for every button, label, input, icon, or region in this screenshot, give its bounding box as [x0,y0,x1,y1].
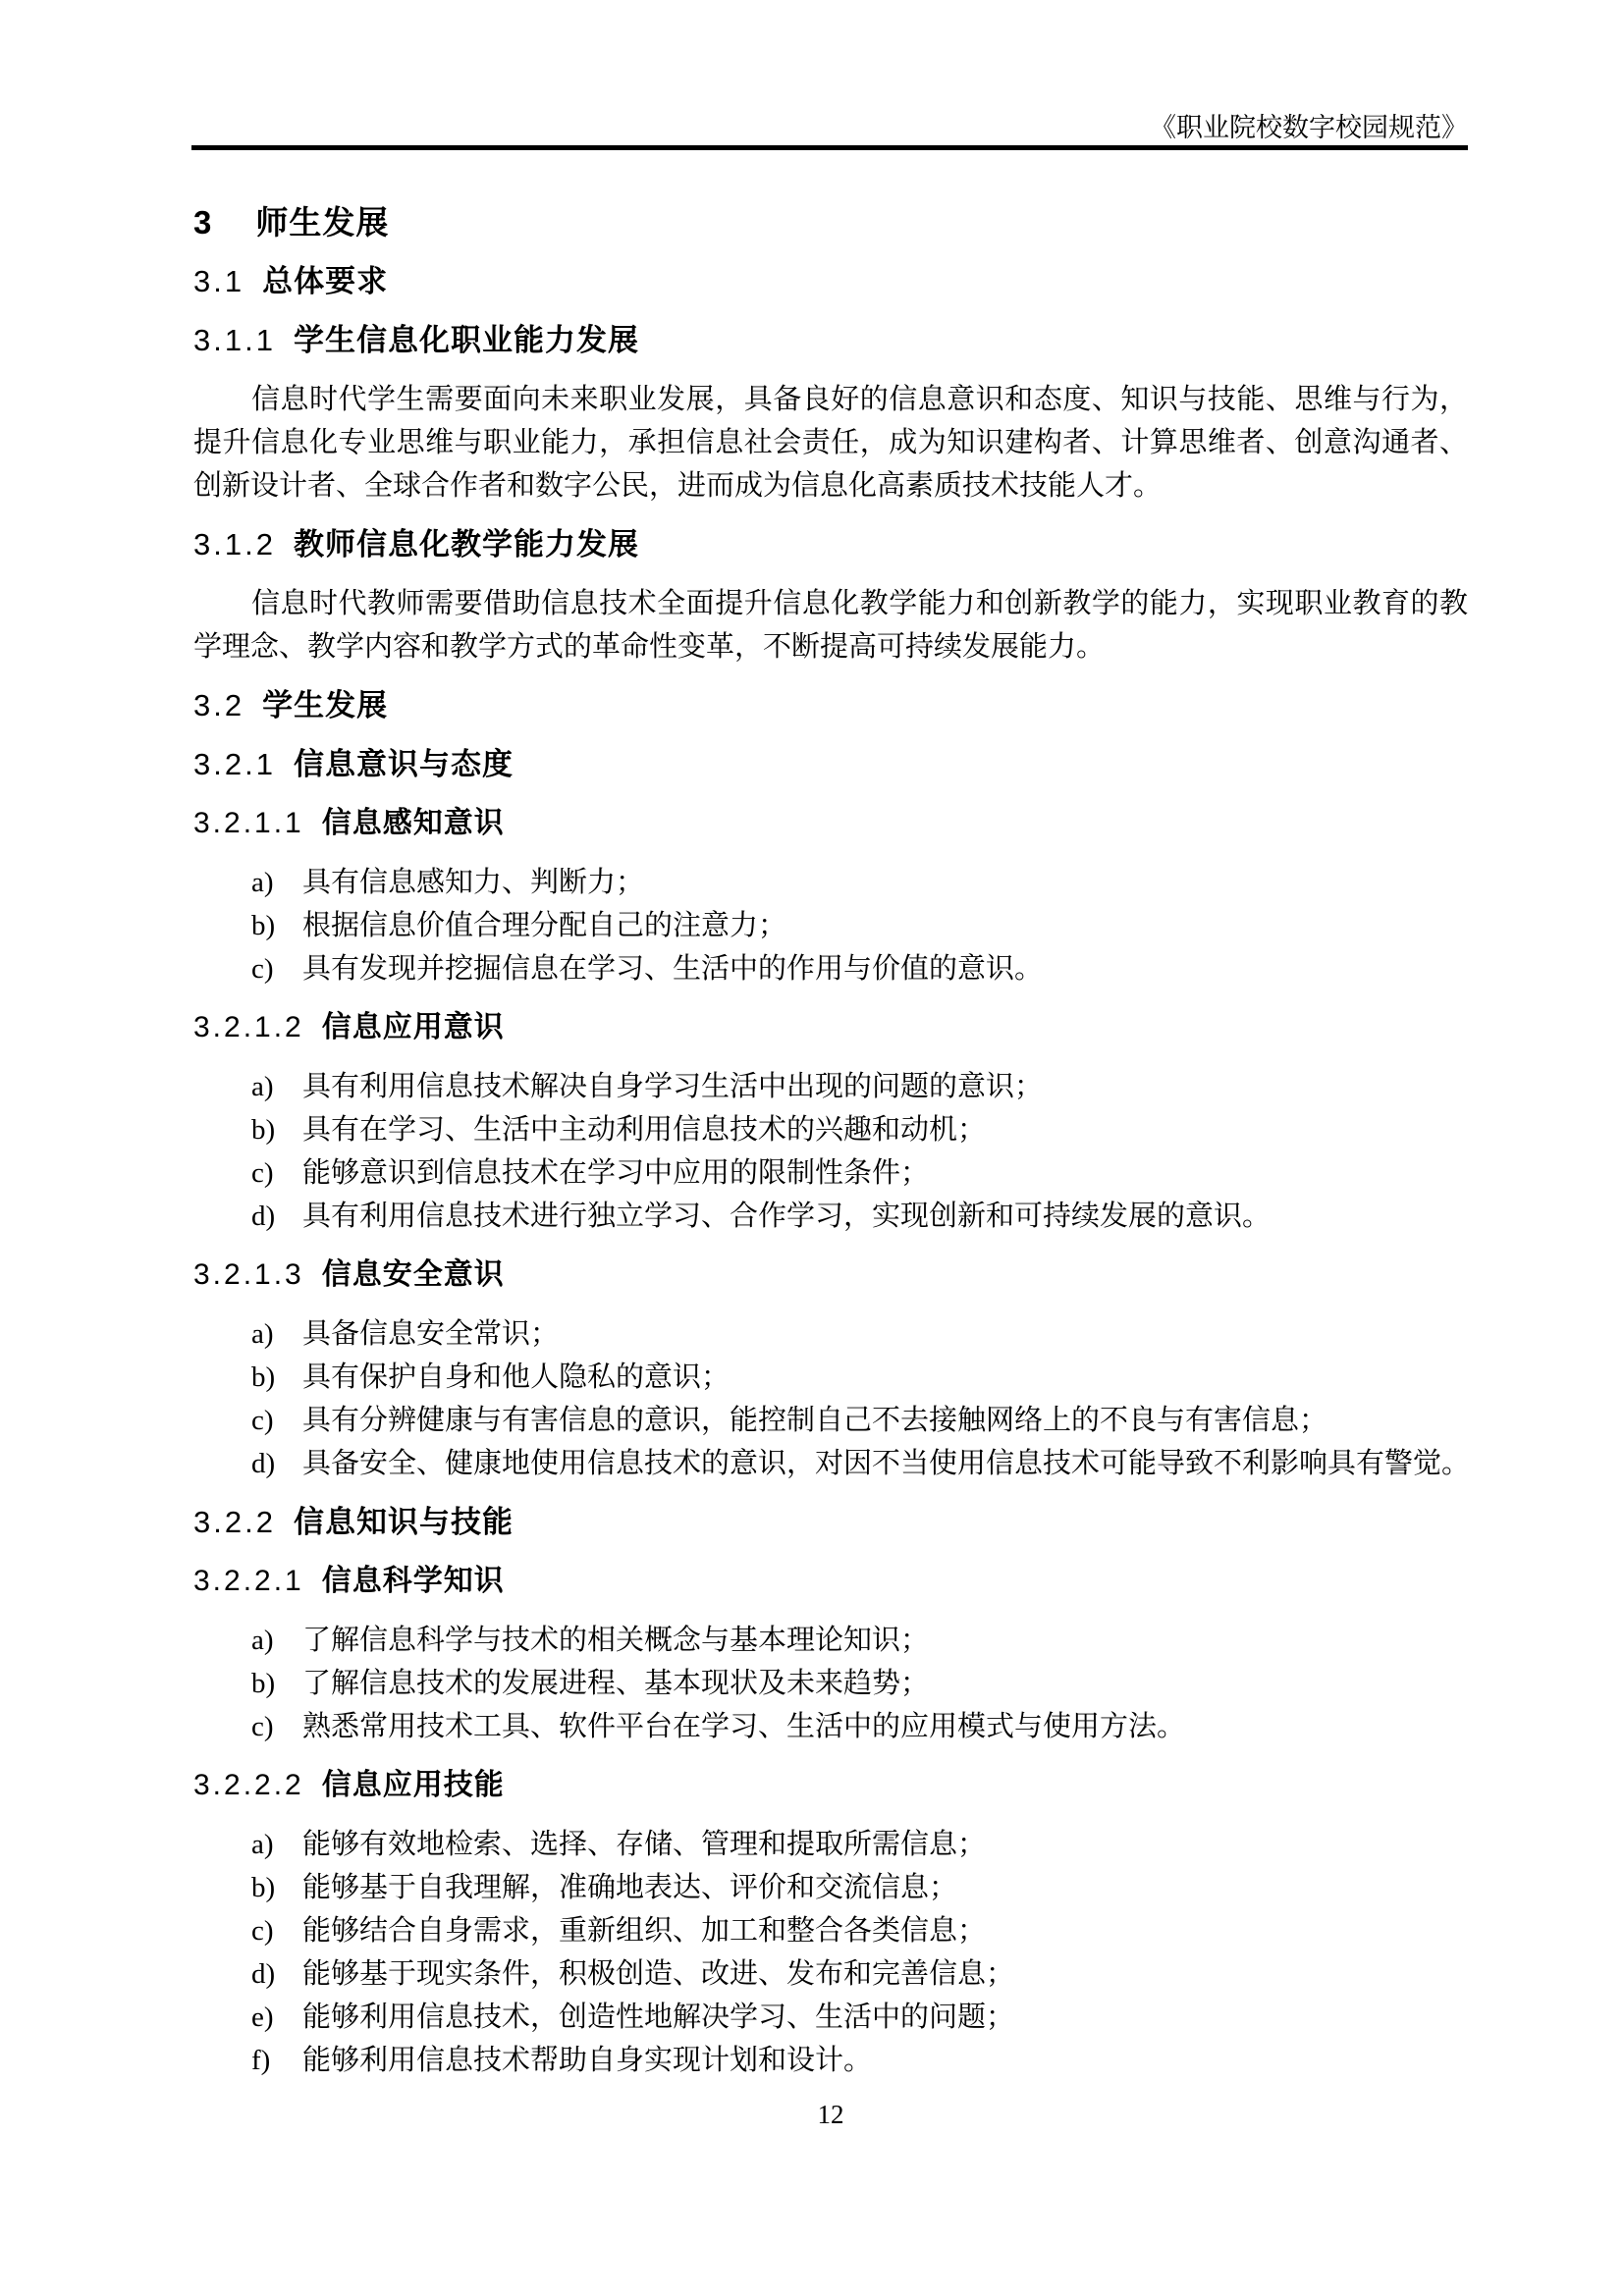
list-item: e)能够利用信息技术，创造性地解决学习、生活中的问题； [193,1996,1468,2039]
list-text: 具有分辨健康与有害信息的意识，能控制自己不去接触网络上的不良与有害信息； [302,1405,1327,1436]
section-heading-3: 3师生发展 [193,201,1468,244]
heading-title: 信息感知意识 [322,807,505,839]
page-number: 12 [193,2099,1468,2130]
list-text: 了解信息技术的发展进程、基本现状及未来趋势； [302,1668,929,1699]
list-item: b)能够基于自我理解，准确地表达、评价和交流信息； [193,1866,1468,1909]
heading-title: 学生发展 [262,688,388,722]
section-heading-3-2-1-3: 3.2.1.3信息安全意识 [193,1254,1468,1297]
section-heading-3-1: 3.1总体要求 [193,260,1468,303]
list-item: b)具有在学习、生活中主动利用信息技术的兴趣和动机； [193,1108,1468,1151]
list-marker: c) [251,947,302,990]
list-marker: e) [251,1996,302,2039]
list-marker: d) [251,1442,302,1485]
list-text: 具备安全、健康地使用信息技术的意识，对因不当使用信息技术可能导致不利影响具有警觉… [302,1448,1470,1479]
heading-title: 信息应用技能 [322,1769,505,1801]
list-item: f)能够利用信息技术帮助自身实现计划和设计。 [193,2039,1468,2082]
list-marker: c) [251,1909,302,1952]
list-marker: c) [251,1399,302,1442]
list-text: 熟悉常用技术工具、软件平台在学习、生活中的应用模式与使用方法。 [302,1711,1185,1742]
list-item: a)具有利用信息技术解决自身学习生活中出现的问题的意识； [193,1065,1468,1108]
list-marker: f) [251,2039,302,2082]
paragraph-3-1-1: 信息时代学生需要面向未来职业发展，具备良好的信息意识和态度、知识与技能、思维与行… [193,378,1468,507]
list-marker: b) [251,1662,302,1705]
list-item: a)能够有效地检索、选择、存储、管理和提取所需信息； [193,1823,1468,1866]
heading-title: 信息意识与态度 [294,747,514,781]
section-heading-3-2-2: 3.2.2信息知识与技能 [193,1501,1468,1544]
list-text: 具有发现并挖掘信息在学习、生活中的作用与价值的意识。 [302,953,1043,985]
heading-number: 3.2.1.3 [193,1258,304,1291]
heading-number: 3.2.2.2 [193,1769,304,1801]
section-heading-3-2-1: 3.2.1信息意识与态度 [193,743,1468,786]
heading-number: 3.1 [193,264,244,298]
list-item: b)了解信息技术的发展进程、基本现状及未来趋势； [193,1662,1468,1705]
heading-number: 3.2.2.1 [193,1565,304,1597]
list-item: a)具有信息感知力、判断力； [193,861,1468,904]
heading-title: 总体要求 [262,264,388,298]
section-heading-3-2-1-1: 3.2.1.1信息感知意识 [193,802,1468,845]
list-item: d)能够基于现实条件，积极创造、改进、发布和完善信息； [193,1952,1468,1996]
heading-title: 学生信息化职业能力发展 [294,323,639,357]
list-marker: c) [251,1151,302,1195]
list-text: 能够基于自我理解，准确地表达、评价和交流信息； [302,1872,957,1903]
list-marker: b) [251,1356,302,1399]
list-marker: a) [251,1823,302,1866]
heading-title: 信息应用意识 [322,1011,505,1043]
paragraph-3-1-2: 信息时代教师需要借助信息技术全面提升信息化教学能力和创新教学的能力，实现职业教育… [193,582,1468,668]
list-item: c)能够结合自身需求，重新组织、加工和整合各类信息； [193,1909,1468,1952]
list-text: 能够利用信息技术帮助自身实现计划和设计。 [302,2045,872,2076]
list-text: 具有在学习、生活中主动利用信息技术的兴趣和动机； [302,1114,986,1146]
section-heading-3-2-2-1: 3.2.2.1信息科学知识 [193,1560,1468,1603]
list-item: a)了解信息科学与技术的相关概念与基本理论知识； [193,1619,1468,1662]
heading-title: 信息知识与技能 [294,1505,514,1539]
list-text: 能够利用信息技术，创造性地解决学习、生活中的问题； [302,2002,1014,2033]
list-item: d)具备安全、健康地使用信息技术的意识，对因不当使用信息技术可能导致不利影响具有… [193,1442,1468,1485]
section-heading-3-1-2: 3.1.2教师信息化教学能力发展 [193,523,1468,566]
list-text: 了解信息科学与技术的相关概念与基本理论知识； [302,1625,929,1656]
list-marker: a) [251,861,302,904]
list-text: 能够意识到信息技术在学习中应用的限制性条件； [302,1157,929,1189]
heading-number: 3.2.2 [193,1505,276,1539]
list-item: a)具备信息安全常识； [193,1312,1468,1356]
list-item: b)具有保护自身和他人隐私的意识； [193,1356,1468,1399]
list-marker: c) [251,1705,302,1748]
heading-number: 3.1.2 [193,527,276,561]
list-marker: d) [251,1195,302,1238]
page-header-title: 《职业院校数字校园规范》 [193,112,1468,143]
lettered-list-3-2-2-2: a)能够有效地检索、选择、存储、管理和提取所需信息； b)能够基于自我理解，准确… [193,1823,1468,2082]
document-page: 《职业院校数字校园规范》 3师生发展 3.1总体要求 3.1.1学生信息化职业能… [0,0,1624,2296]
section-heading-3-2-2-2: 3.2.2.2信息应用技能 [193,1764,1468,1807]
list-marker: d) [251,1952,302,1996]
heading-number: 3.2.1 [193,747,276,781]
list-marker: b) [251,904,302,947]
list-text: 根据信息价值合理分配自己的注意力； [302,910,786,941]
list-item: c)具有分辨健康与有害信息的意识，能控制自己不去接触网络上的不良与有害信息； [193,1399,1468,1442]
list-marker: a) [251,1065,302,1108]
list-text: 能够有效地检索、选择、存储、管理和提取所需信息； [302,1829,986,1860]
heading-title: 师生发展 [255,204,389,240]
section-heading-3-2-1-2: 3.2.1.2信息应用意识 [193,1006,1468,1049]
list-item: c)具有发现并挖掘信息在学习、生活中的作用与价值的意识。 [193,947,1468,990]
list-marker: a) [251,1312,302,1356]
list-text: 能够基于现实条件，积极创造、改进、发布和完善信息； [302,1958,1014,1990]
section-heading-3-2: 3.2学生发展 [193,684,1468,727]
list-marker: b) [251,1866,302,1909]
list-marker: a) [251,1619,302,1662]
section-heading-3-1-1: 3.1.1学生信息化职业能力发展 [193,319,1468,362]
lettered-list-3-2-1-2: a)具有利用信息技术解决自身学习生活中出现的问题的意识； b)具有在学习、生活中… [193,1065,1468,1238]
list-item: d)具有利用信息技术进行独立学习、合作学习，实现创新和可持续发展的意识。 [193,1195,1468,1238]
list-text: 具有保护自身和他人隐私的意识； [302,1362,730,1393]
heading-number: 3.2 [193,688,244,722]
list-marker: b) [251,1108,302,1151]
list-text: 具备信息安全常识； [302,1318,559,1350]
list-item: b)根据信息价值合理分配自己的注意力； [193,904,1468,947]
heading-number: 3.2.1.2 [193,1011,304,1043]
heading-title: 信息科学知识 [322,1565,505,1597]
heading-title: 信息安全意识 [322,1258,505,1291]
lettered-list-3-2-1-3: a)具备信息安全常识； b)具有保护自身和他人隐私的意识； c)具有分辨健康与有… [193,1312,1468,1485]
heading-number: 3.2.1.1 [193,807,304,839]
lettered-list-3-2-1-1: a)具有信息感知力、判断力； b)根据信息价值合理分配自己的注意力； c)具有发… [193,861,1468,990]
list-text: 具有信息感知力、判断力； [302,867,644,898]
lettered-list-3-2-2-1: a)了解信息科学与技术的相关概念与基本理论知识； b)了解信息技术的发展进程、基… [193,1619,1468,1748]
list-item: c)熟悉常用技术工具、软件平台在学习、生活中的应用模式与使用方法。 [193,1705,1468,1748]
list-item: c)能够意识到信息技术在学习中应用的限制性条件； [193,1151,1468,1195]
list-text: 具有利用信息技术进行独立学习、合作学习，实现创新和可持续发展的意识。 [302,1201,1271,1232]
heading-number: 3 [193,204,214,240]
heading-title: 教师信息化教学能力发展 [294,527,639,561]
heading-number: 3.1.1 [193,323,276,357]
list-text: 具有利用信息技术解决自身学习生活中出现的问题的意识； [302,1071,1043,1102]
list-text: 能够结合自身需求，重新组织、加工和整合各类信息； [302,1915,986,1947]
document-body: 3师生发展 3.1总体要求 3.1.1学生信息化职业能力发展 信息时代学生需要面… [193,150,1468,2098]
